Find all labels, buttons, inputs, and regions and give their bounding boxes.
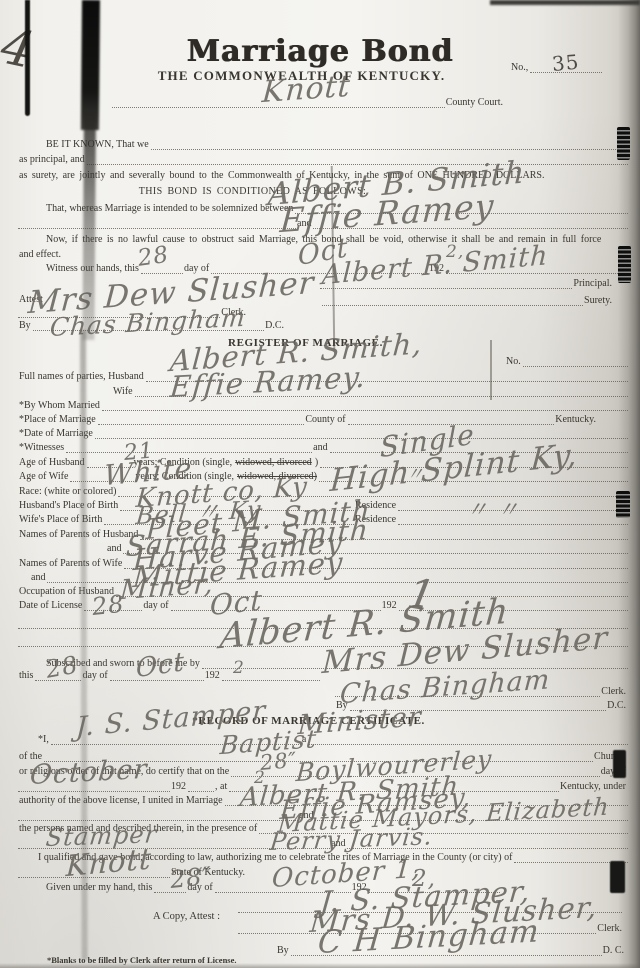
scan-edge-bottom	[0, 963, 640, 968]
dotted-fill	[18, 215, 296, 229]
struck-text: widowed, divorced	[234, 458, 314, 469]
copy-attest-label: A Copy, Attest :	[152, 911, 222, 922]
dotted-fill	[98, 411, 305, 425]
register-no-row: No.	[505, 354, 628, 367]
place-of-marriage-row: *Place of Marriage County of Kentucky.	[18, 412, 598, 425]
binder-mark-4	[613, 750, 626, 778]
license-day-written: 28	[91, 592, 126, 619]
binder-mark-5	[610, 861, 625, 893]
dotted-fill	[87, 151, 628, 165]
certificate-county-written: Knott	[65, 844, 152, 881]
wife-residence-written: 〃 〃	[466, 500, 520, 522]
dotted-fill	[151, 136, 628, 150]
by-whom-row: *By Whom Married	[18, 398, 628, 411]
bond-number-written: 35	[551, 52, 580, 74]
binding-shadow-mid	[82, 110, 96, 340]
pen-crease-2	[490, 340, 492, 400]
witness2-written: Perry Jarvis.	[269, 824, 434, 854]
scan-mark-left-bar	[25, 0, 30, 116]
occupation-written: Miner,	[119, 570, 215, 604]
date-of-marriage-row: *Date of Marriage	[18, 426, 628, 439]
marriage-bond-document: 4 Marriage Bond No., 35 THE COMMONWEALTH…	[0, 0, 640, 968]
be-it-known-row: BE IT KNOWN, That we	[18, 137, 628, 150]
as-principal-row: as principal, and	[18, 152, 628, 165]
binder-mark-3	[616, 491, 630, 518]
binder-mark-1	[617, 127, 630, 160]
dotted-fill	[322, 292, 583, 306]
certificate-month-written: October	[29, 756, 149, 789]
county-court-label: County Court.	[445, 98, 505, 109]
scan-edge-top	[490, 0, 640, 5]
bond-day-written: 28	[136, 244, 170, 271]
given-day-written: 28″	[169, 864, 214, 892]
binder-mark-2	[618, 246, 631, 283]
dotted-fill	[188, 778, 214, 792]
surety-row: Surety.	[322, 293, 614, 306]
this-year-written: 2	[233, 660, 245, 677]
this-day-written: 28	[44, 653, 80, 682]
this-month-written: Oct	[136, 649, 185, 682]
county-written: Knott	[261, 72, 352, 108]
dotted-fill	[95, 425, 628, 439]
dotted-fill	[523, 353, 628, 367]
